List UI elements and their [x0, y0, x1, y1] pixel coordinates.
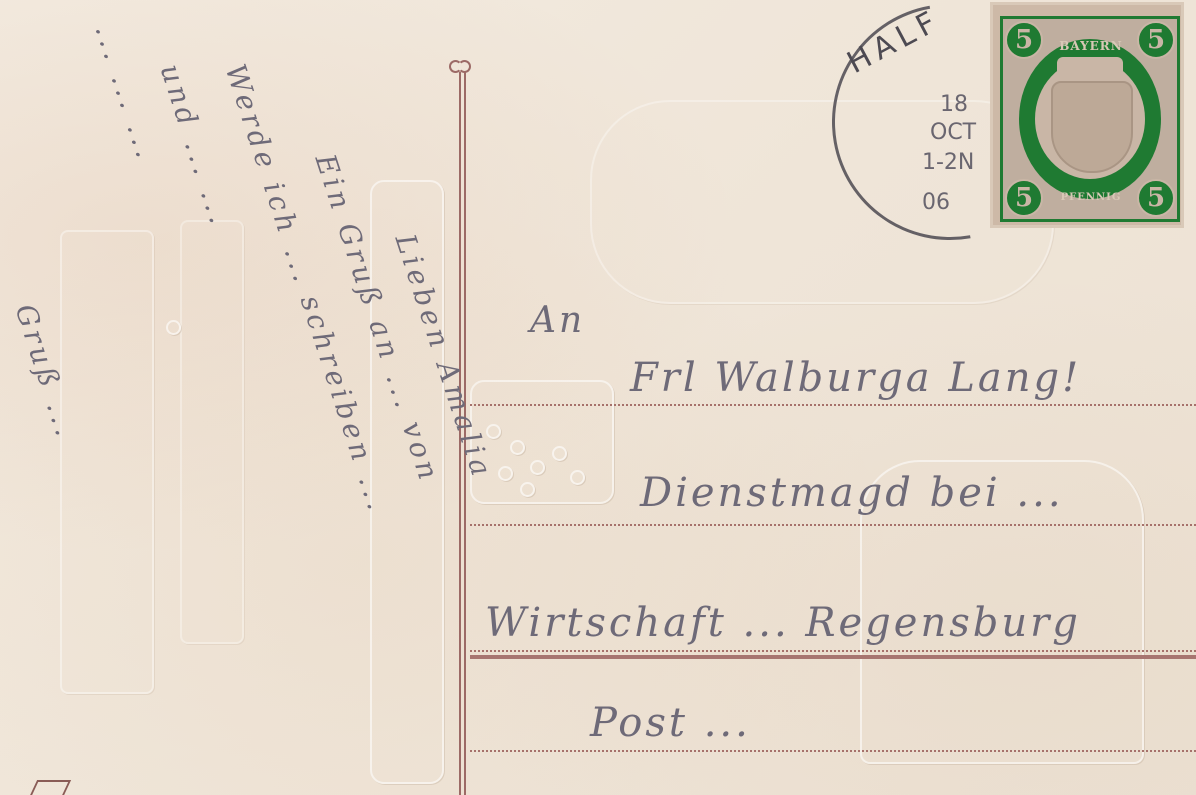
emboss-dot — [486, 424, 501, 439]
crown-icon — [1057, 57, 1123, 79]
stamp-value-tl: 5 — [1005, 21, 1043, 59]
address-location: Wirtschaft ... Regensburg — [485, 600, 1081, 646]
address-salutation: An — [530, 300, 585, 341]
postmark-month: OCT — [930, 120, 976, 145]
postmark-time: 1-2N — [922, 150, 974, 175]
emboss-dot — [552, 446, 567, 461]
embossed-panel — [470, 380, 614, 504]
message-line: ... ... ... — [89, 20, 164, 165]
address-occupation: Dienstmagd bei ... — [640, 470, 1064, 516]
emboss-dot — [570, 470, 585, 485]
stamp-country: BAYERN — [1041, 39, 1141, 53]
emboss-dot — [530, 460, 545, 475]
stamp-value-br: 5 — [1137, 179, 1175, 217]
emboss-dot — [520, 482, 535, 497]
address-line-2 — [470, 524, 1196, 526]
postage-stamp: 5 5 5 5 BAYERN PFENNIG — [990, 2, 1184, 228]
stamp-value-tr: 5 — [1137, 21, 1175, 59]
stamp-frame: 5 5 5 5 BAYERN PFENNIG — [1000, 16, 1180, 222]
address-line-4 — [470, 750, 1196, 752]
postmark-year: 06 — [922, 190, 950, 215]
address-line-3 — [470, 655, 1196, 659]
address-line-1 — [470, 404, 1196, 406]
coat-of-arms-icon — [1051, 81, 1133, 173]
message-line: Gruß ... — [9, 300, 84, 443]
emboss-dot — [510, 440, 525, 455]
stamp-value-bl: 5 — [1005, 179, 1043, 217]
stamp-currency: PFENNIG — [1041, 192, 1141, 203]
emboss-dot — [498, 466, 513, 481]
message-area: Lieben Amalia Ein Gruß an ... von Werde … — [0, 0, 460, 795]
address-name: Frl Walburga Lang! — [630, 355, 1081, 401]
postmark-day: 18 — [940, 92, 968, 117]
postcard-back: HALF 18 OCT 1-2N 06 5 5 5 5 BAYERN PFENN… — [0, 0, 1196, 795]
address-post: Post ... — [590, 700, 751, 746]
